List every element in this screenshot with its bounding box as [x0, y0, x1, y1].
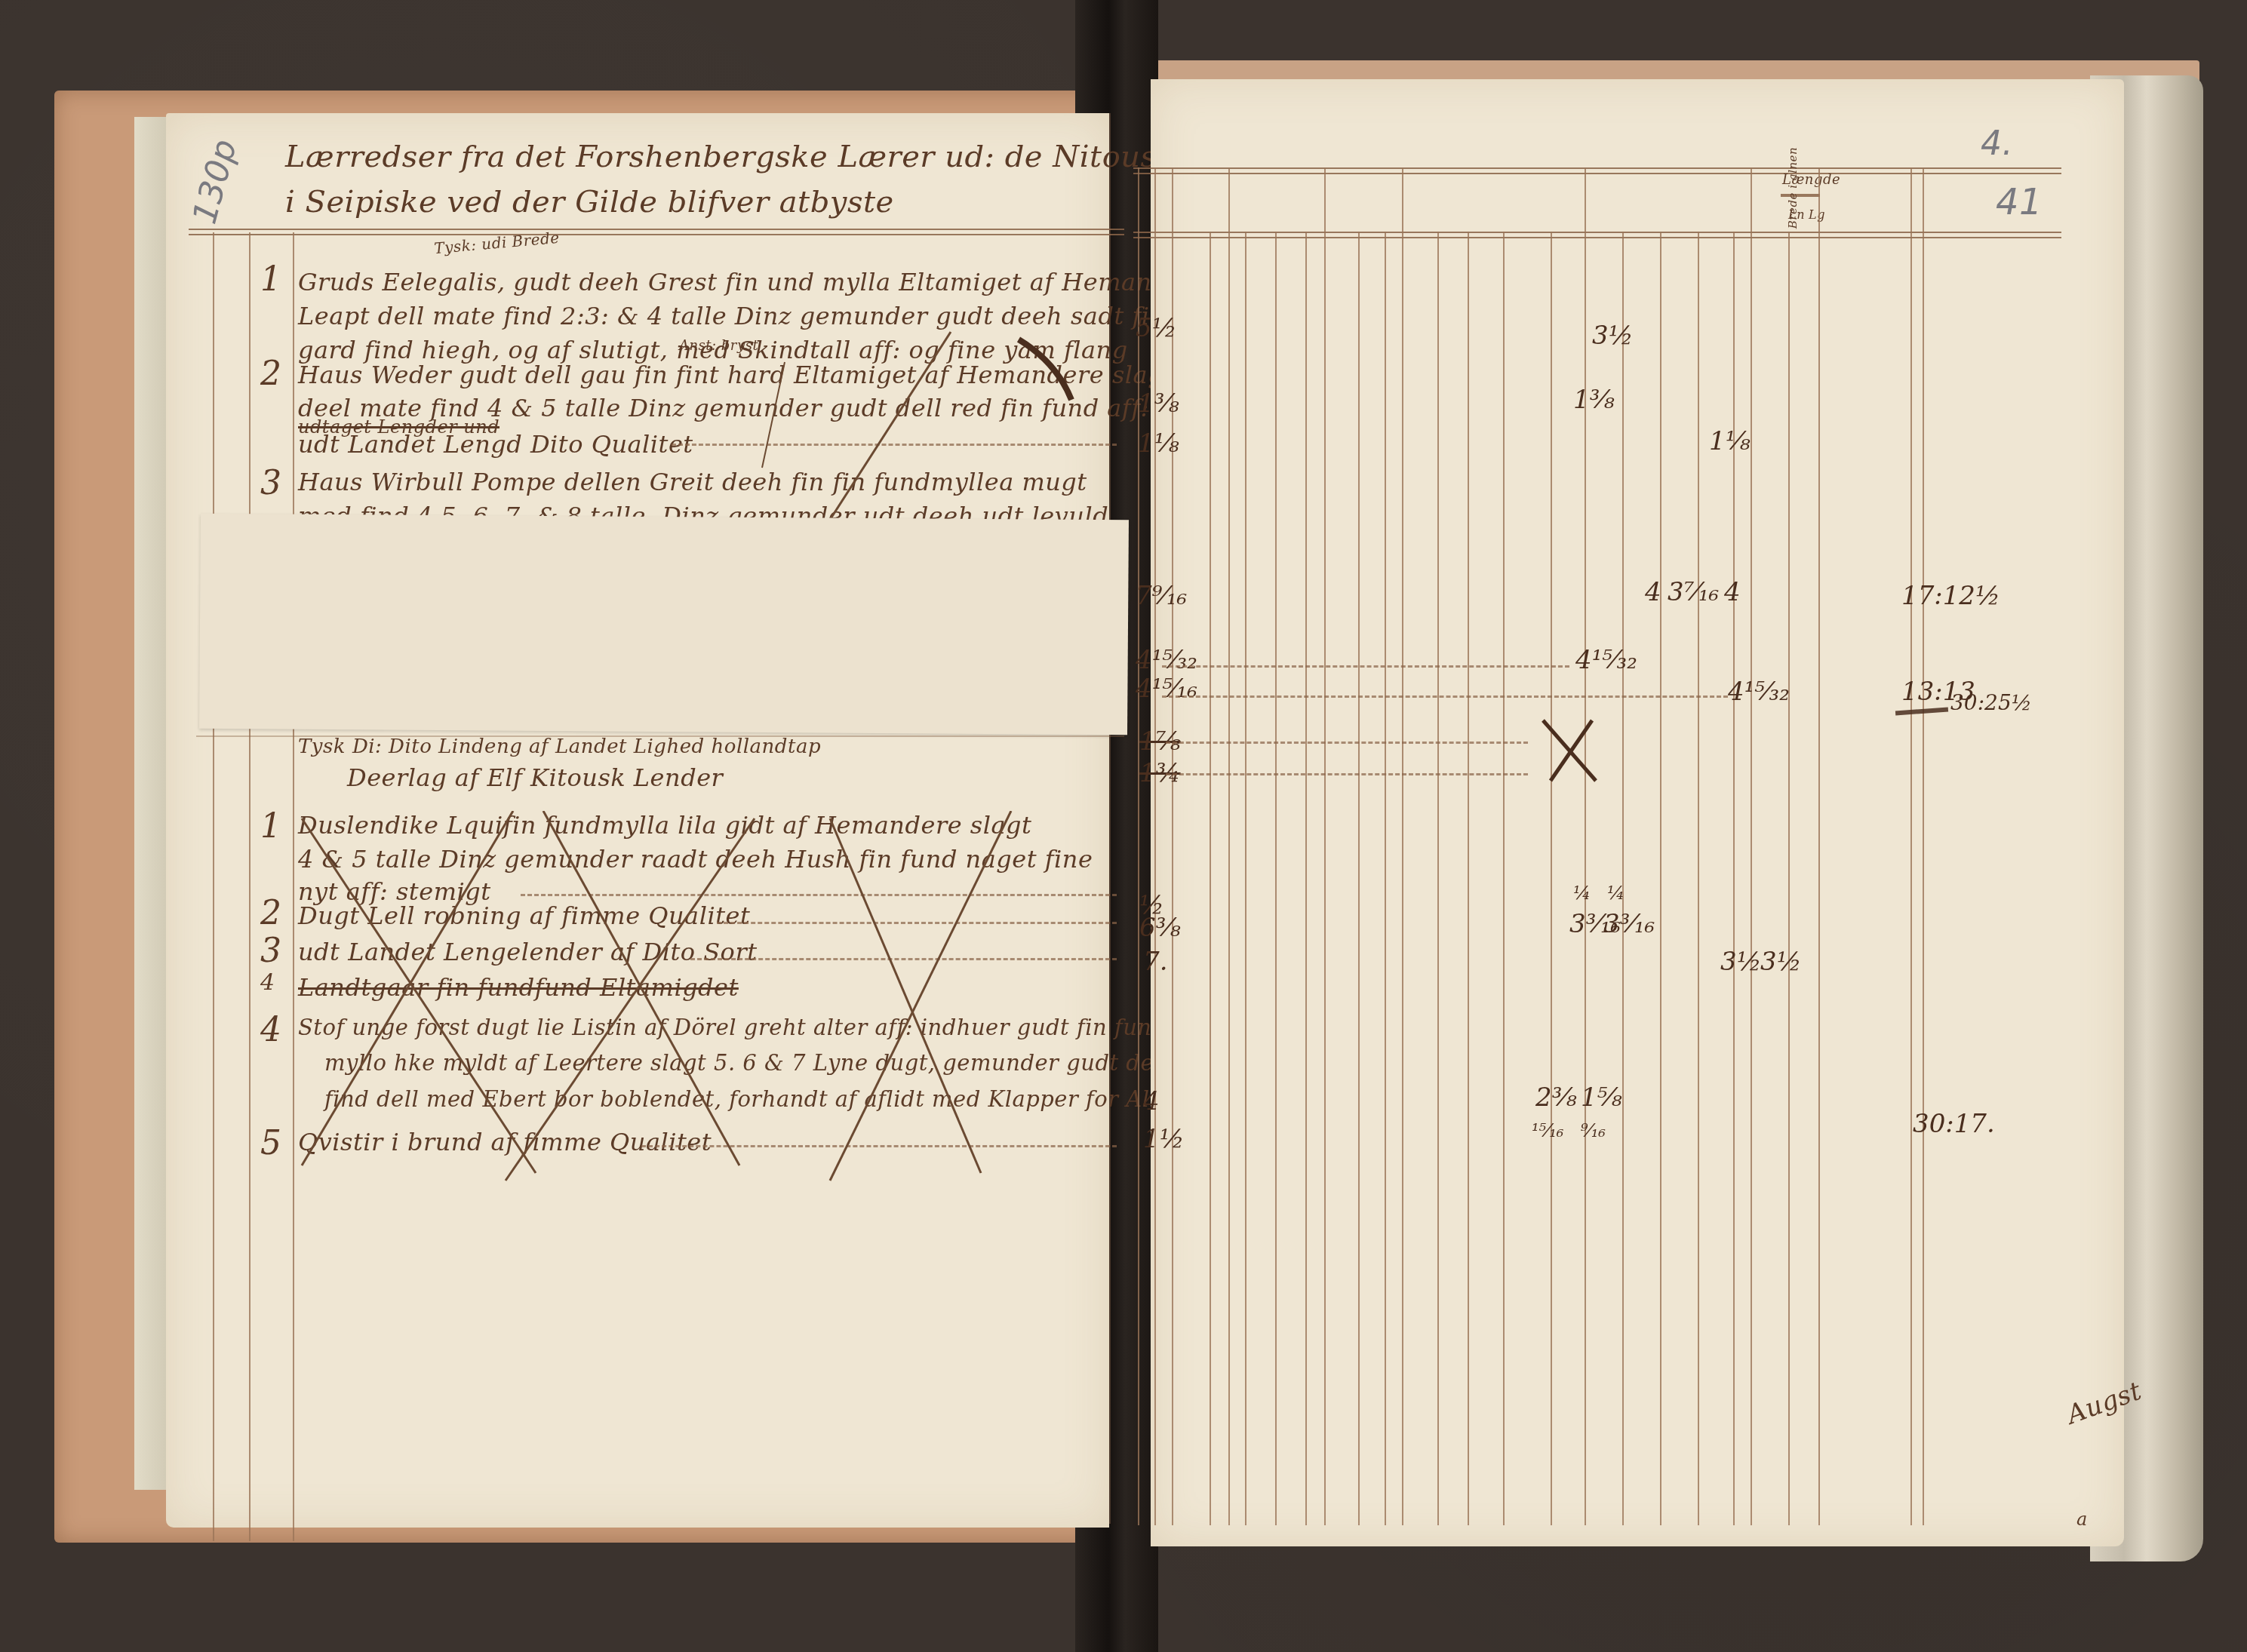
column-rule: [1468, 232, 1469, 1525]
cell-value: ⁹⁄₁₆: [1581, 1120, 1606, 1141]
column-rule: [1788, 232, 1790, 1525]
column-rule: [1437, 232, 1439, 1525]
column-rule: [1138, 167, 1139, 1525]
entry-number: 1: [260, 807, 281, 846]
entry-line: udt Landet Lengd Dito Qualitet: [298, 430, 693, 459]
cross-out-x-marks: [287, 811, 1117, 1188]
column-rule: [1385, 232, 1386, 1525]
heading-rule: [189, 229, 1124, 235]
column-rule: [1358, 232, 1360, 1525]
entry-number: 4: [260, 969, 275, 996]
cell-value: 4¹⁵⁄₃₂: [1575, 645, 1637, 675]
column-rule: [1305, 232, 1307, 1525]
folio-number: 4.: [1981, 124, 2013, 163]
cell-value: ¼: [1573, 883, 1591, 904]
cross-out-stroke: [755, 317, 1094, 543]
column-rule: [1245, 232, 1246, 1525]
cell-value: 4: [1645, 577, 1661, 607]
entry-number: 1: [260, 260, 281, 299]
cell-value: 4¹⁵⁄₃₂: [1728, 677, 1790, 707]
entry-note: Anst: bryst: [679, 338, 758, 354]
row-value-first: 1⅛: [1138, 428, 1179, 459]
column-rule: [1660, 232, 1661, 1525]
column-rule: [1275, 232, 1277, 1525]
section-header-line-1: Tysk Di: Dito Lindeng af Landet Lighed h…: [298, 735, 821, 758]
column-rule: [1698, 232, 1699, 1525]
entry-number: 3: [260, 932, 281, 970]
entry-number: 2: [260, 894, 281, 932]
row-value-first: 7.: [1143, 947, 1167, 977]
row-value-first: 4¹⁵⁄₁₆: [1136, 674, 1197, 704]
header-label-lg: Lg: [1809, 207, 1825, 222]
cell-value: 3½: [1592, 321, 1634, 351]
leader-dashes: [1166, 742, 1528, 744]
header-label-laengde: Længde: [1782, 172, 1840, 188]
margin-letter: a: [2076, 1509, 2088, 1530]
row-total: 30:17.: [1913, 1109, 1995, 1139]
column-rule: [1154, 167, 1156, 1525]
entry-number: 4: [260, 1011, 281, 1049]
cross-out-x-mark: [1539, 717, 1600, 785]
column-rule: [1402, 167, 1403, 1525]
cell-value: 1⅜: [1573, 385, 1615, 415]
column-rule: [1210, 232, 1211, 1525]
column-rule: [1622, 232, 1624, 1525]
cell-value: 1⅛: [1709, 426, 1751, 456]
column-rule: [1585, 167, 1586, 1525]
column-rule: [1172, 167, 1173, 1525]
cell-value: 3⁷⁄₁₆: [1668, 577, 1719, 607]
row-value-first: 7⁹⁄₁₆: [1136, 581, 1187, 611]
heading-line-2: i Seipiske ved der Gilde blifver atbyste: [285, 185, 894, 220]
section-header-line-2: Deerlag af Elf Kitousk Lender: [347, 763, 723, 792]
entry-number: 3: [260, 464, 281, 502]
row-value-first: 6⅜: [1139, 913, 1181, 943]
column-rule: [1910, 167, 1912, 1525]
cell-value: 3½: [1760, 947, 1802, 977]
column-rule: [1503, 232, 1505, 1525]
column-rule: [1818, 167, 1820, 1525]
row-value-first: 5½: [1136, 313, 1177, 343]
row-total: 17:12½: [1901, 581, 2000, 611]
entry-number: 5: [260, 1124, 281, 1162]
archive-pencil-mark-right: 41: [1996, 181, 2043, 223]
column-rule: [1228, 167, 1230, 1525]
cell-value: 1⅝: [1581, 1082, 1622, 1113]
margin-rule: [213, 232, 214, 1541]
leader-dashes: [1166, 773, 1528, 775]
column-rule: [1923, 167, 1924, 1525]
cell-value: 3½: [1720, 947, 1762, 977]
entry-number: 2: [260, 355, 281, 393]
header-label-ln: Ln: [1788, 207, 1805, 222]
row-value-first: 4¹⁵⁄₃₂: [1136, 645, 1197, 675]
column-rule: [1751, 167, 1752, 1525]
entry-line: Gruds Eelegalis, gudt deeh Grest fin und…: [298, 268, 1209, 296]
row-value-first: 1⅜: [1138, 388, 1179, 419]
column-rule: [1324, 167, 1326, 1525]
cell-value: 2⅜: [1535, 1082, 1577, 1113]
cell-value: ¼: [1607, 883, 1625, 904]
right-page: [1151, 79, 2124, 1546]
leader-dashes: [1162, 695, 1728, 698]
leader-dashes: [1162, 665, 1569, 668]
column-rule: [1551, 232, 1552, 1525]
cell-value: 3³⁄₁₆: [1603, 909, 1655, 939]
cell-value: 4: [1724, 577, 1741, 607]
row-value-first: 4: [1143, 1086, 1160, 1116]
cell-value: ¹⁵⁄₁₆: [1532, 1120, 1564, 1141]
number-column-rule: [249, 232, 251, 1541]
row-value-first: 1½: [1143, 1124, 1185, 1154]
pasted-paper-slip: [199, 514, 1129, 735]
grand-total: 30:25½: [1950, 690, 2032, 715]
